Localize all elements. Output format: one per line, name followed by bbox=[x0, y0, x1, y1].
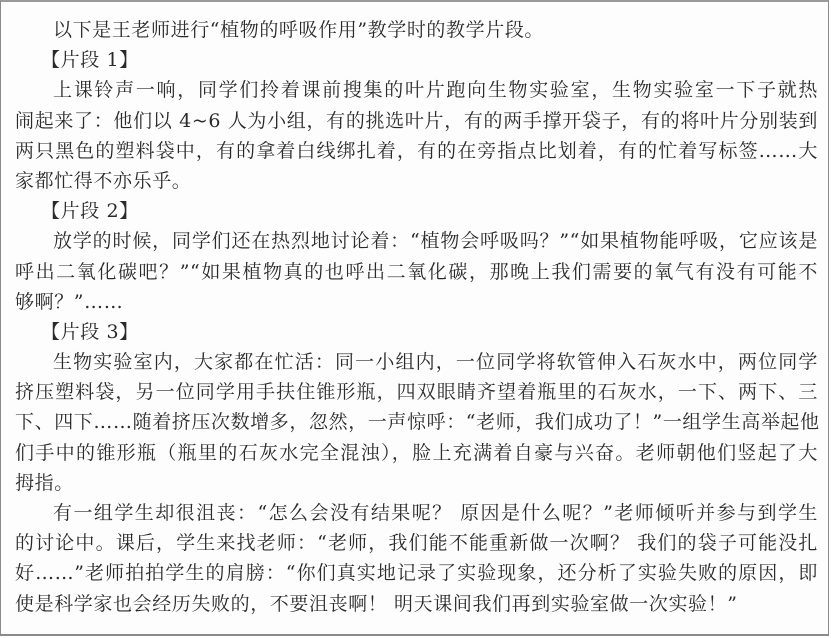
paragraph-line: 够啊？”…… bbox=[15, 287, 818, 317]
paragraph-line: 下、四下……随着挤压次数增多，忽然，一声惊呼：“老师，我们成功了！”一组学生高举… bbox=[15, 407, 818, 437]
paragraph-line: 家都忙得不亦乐乎。 bbox=[15, 166, 818, 196]
paragraph-line: 两只黑色的塑料袋中，有的拿着白线绑扎着，有的在旁指点比划着，有的忙着写标签……大 bbox=[15, 136, 818, 166]
paragraph-line: 挤压塑料袋，另一位同学用手扶住锥形瓶，四双眼睛齐望着瓶里的石灰水，一下、两下、三 bbox=[15, 377, 818, 407]
segment-3-heading: 【片段 3】 bbox=[15, 317, 818, 347]
segment-3-paragraph-1: 生物实验室内，大家都在忙活：同一小组内，一位同学将软管伸入石灰水中，两位同学 挤… bbox=[15, 347, 818, 498]
paragraph-line: 好……”老师拍拍学生的肩膀：“你们真实地记录了实验现象，还分析了实验失败的原因，… bbox=[15, 558, 818, 588]
segment-2-heading: 【片段 2】 bbox=[15, 196, 818, 226]
paragraph-line: 拇指。 bbox=[15, 468, 818, 498]
segment-1-heading: 【片段 1】 bbox=[15, 45, 818, 75]
paragraph-line: 们手中的锥形瓶（瓶里的石灰水完全混浊），脸上充满着自豪与兴奋。老师朝他们竖起了大 bbox=[15, 438, 818, 468]
paragraph-line: 呼出二氧化碳吧？”“如果植物真的也呼出二氧化碳，那晚上我们需要的氧气有没有可能不 bbox=[15, 257, 818, 287]
paragraph-line: 闹起来了：他们以 4~6 人为小组，有的挑选叶片，有的两手撑开袋子，有的将叶片分… bbox=[15, 106, 818, 136]
segment-2-paragraph: 放学的时候，同学们还在热烈地讨论着：“植物会呼吸吗？”“如果植物能呼吸，它应该是… bbox=[15, 226, 818, 317]
document-body: 以下是王老师进行“植物的呼吸作用”教学时的教学片段。 【片段 1】 上课铃声一响… bbox=[15, 15, 818, 619]
paragraph-line: 有一组学生却很沮丧：“怎么会没有结果呢？ 原因是什么呢？”老师倾听并参与到学生 bbox=[15, 498, 818, 528]
paragraph-line: 生物实验室内，大家都在忙活：同一小组内，一位同学将软管伸入石灰水中，两位同学 bbox=[15, 347, 818, 377]
segment-3-paragraph-2: 有一组学生却很沮丧：“怎么会没有结果呢？ 原因是什么呢？”老师倾听并参与到学生 … bbox=[15, 498, 818, 619]
paragraph-line: 的讨论中。课后，学生来找老师：“老师，我们能不能重新做一次啊？ 我们的袋子可能没… bbox=[15, 528, 818, 558]
paragraph-line: 上课铃声一响，同学们拎着课前搜集的叶片跑向生物实验室，生物实验室一下子就热 bbox=[15, 75, 818, 105]
segment-1-paragraph: 上课铃声一响，同学们拎着课前搜集的叶片跑向生物实验室，生物实验室一下子就热 闹起… bbox=[15, 75, 818, 196]
paragraph-line: 使是科学家也会经历失败的，不要沮丧啊！ 明天课间我们再到实验室做一次实验！” bbox=[15, 589, 818, 619]
document-page: 以下是王老师进行“植物的呼吸作用”教学时的教学片段。 【片段 1】 上课铃声一响… bbox=[0, 0, 829, 636]
intro-text: 以下是王老师进行“植物的呼吸作用”教学时的教学片段。 bbox=[15, 15, 818, 45]
paragraph-line: 放学的时候，同学们还在热烈地讨论着：“植物会呼吸吗？”“如果植物能呼吸，它应该是 bbox=[15, 226, 818, 256]
